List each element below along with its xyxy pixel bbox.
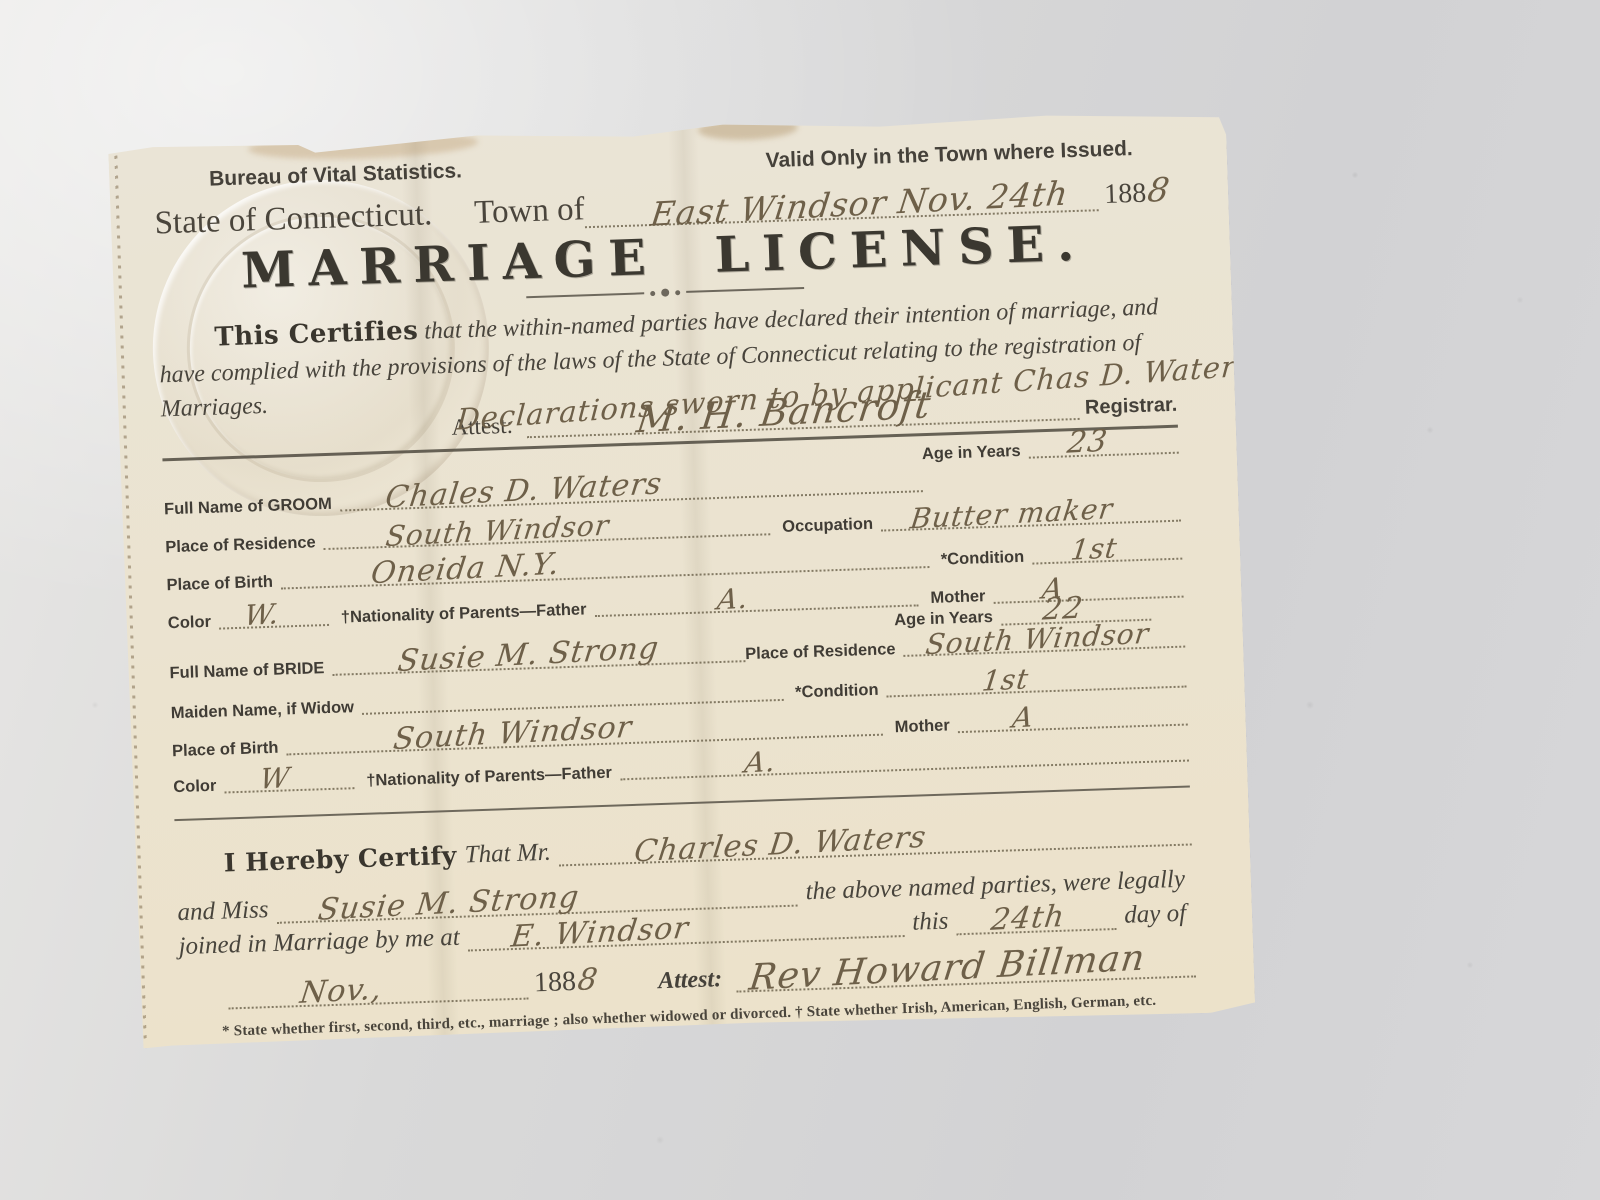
year-printed: 188	[1098, 178, 1149, 212]
bride-residence-cell: Place of Residence South Windsor	[745, 631, 1185, 662]
ornament-dot	[650, 290, 655, 295]
this-certifies-lead: This Certifies	[158, 316, 419, 355]
groom-age-handwriting: 23	[1065, 427, 1109, 459]
certify-place-handwriting: E. Windsor	[509, 914, 690, 953]
bride-maiden-line	[362, 693, 783, 715]
minister-signature-line: Rev Howard Billman	[736, 969, 1196, 992]
section-rule	[174, 786, 1190, 822]
groom-age-label: Age in Years	[922, 442, 1029, 462]
bride-mother-line: A	[958, 718, 1188, 734]
document-content: Bureau of Vital Statistics. Valid Only i…	[109, 134, 1255, 1044]
certify-groom-line: Charles D. Waters	[559, 838, 1192, 867]
groom-condition-line: 1st	[1032, 552, 1182, 565]
certify-day-line: 24th	[957, 922, 1117, 935]
that-mr-label: That Mr.	[456, 839, 559, 870]
bride-condition-handwriting: 1st	[980, 665, 1030, 695]
groom-birth-line: Oneida N.Y.	[281, 560, 929, 589]
groom-nationality-label: †Nationality of Parents—Father	[329, 601, 595, 626]
groom-birth-handwriting: Oneida N.Y.	[369, 550, 561, 590]
bureau-heading: Bureau of Vital Statistics.	[209, 159, 463, 191]
state-label: State of Connecticut.	[154, 196, 433, 242]
certify-groom-handwriting: Charles D. Waters	[633, 823, 929, 868]
bride-name-label: Full Name of BRIDE	[169, 659, 332, 681]
tape-stain	[697, 116, 798, 141]
bride-birth-handwriting: South Windsor	[391, 713, 633, 755]
bride-condition-line: 1st	[886, 680, 1186, 698]
certify-year-printed: 188	[528, 966, 579, 1000]
groom-residence-handwriting: South Windsor	[384, 512, 611, 551]
ornament-dot	[675, 290, 680, 295]
certify-month-handwriting: Nov.,	[298, 975, 384, 1009]
bride-name-line: Susie M. Strong	[332, 654, 745, 676]
groom-color-label: Color	[168, 613, 220, 631]
bride-color-handwriting: W	[259, 764, 292, 794]
bride-mother-handwriting: A	[1011, 703, 1036, 732]
year-handwriting: 8	[1145, 170, 1173, 210]
bride-nationality-label: †Nationality of Parents—Father	[354, 764, 620, 789]
wall-background: Bureau of Vital Statistics. Valid Only i…	[0, 0, 1600, 1200]
marriage-license-document: Bureau of Vital Statistics. Valid Only i…	[108, 108, 1255, 1049]
ornament-dot	[661, 288, 669, 296]
ornament-line	[686, 287, 804, 293]
certify-month-line: Nov.,	[228, 992, 528, 1010]
joined-in-marriage-label: joined in Marriage by me at	[178, 924, 468, 962]
groom-color-handwriting: W.	[243, 600, 281, 630]
groom-mother-label: Mother	[918, 587, 994, 606]
groom-residence-label: Place of Residence	[165, 534, 324, 556]
and-miss-label: and Miss	[177, 896, 277, 927]
groom-color-line: W.	[219, 618, 329, 630]
groom-mother-line: A	[993, 590, 1183, 604]
groom-age-cell: Age in Years 23	[922, 437, 1179, 462]
minister-attest-label: Attest:	[658, 966, 737, 996]
groom-age-line: 23	[1029, 446, 1179, 459]
groom-condition-label: *Condition	[929, 548, 1033, 568]
bride-residence-label: Place of Residence	[745, 640, 904, 662]
certify-day-handwriting: 24th	[990, 902, 1067, 936]
bride-name-handwriting: Susie M. Strong	[396, 634, 661, 677]
minister-signature: Rev Howard Billman	[747, 941, 1147, 997]
hereby-certify-lead: I Hereby Certify	[175, 841, 457, 879]
valid-only-heading: Valid Only in the Town where Issued.	[765, 137, 1133, 173]
bride-residence-handwriting: South Windsor	[924, 620, 1151, 659]
groom-occupation-line: Butter maker	[881, 514, 1181, 532]
groom-name-label: Full Name of GROOM	[164, 495, 340, 517]
registrar-label: Registrar.	[1079, 394, 1178, 420]
certify-year-handwriting: 8	[575, 962, 600, 998]
groom-condition-handwriting: 1st	[1069, 534, 1119, 564]
bride-father-handwriting: A.	[743, 748, 778, 778]
bride-father-line: A.	[620, 754, 1189, 781]
this-label: this	[904, 907, 957, 937]
bride-condition-label: *Condition	[783, 681, 887, 701]
groom-father-handwriting: A.	[716, 585, 751, 615]
groom-name-line: Chales D. Waters	[340, 484, 923, 511]
town-of-label: Town of	[474, 191, 586, 232]
groom-occupation-handwriting: Butter maker	[909, 495, 1115, 533]
bride-maiden-label: Maiden Name, if Widow	[171, 698, 363, 721]
bride-color-line: W	[224, 781, 354, 793]
groom-occupation-label: Occupation	[770, 515, 881, 535]
groom-name-handwriting: Chales D. Waters	[384, 469, 664, 513]
tape-stain	[248, 129, 479, 163]
ornament-line	[526, 292, 644, 298]
day-of-label: day of	[1116, 899, 1195, 930]
bride-birth-label: Place of Birth	[172, 739, 287, 759]
bride-birth-line: South Windsor	[286, 728, 883, 756]
bride-age-residence-cell: Age in Years 22 Place of Residence South…	[744, 603, 1185, 663]
bride-mother-label: Mother	[882, 717, 958, 736]
bride-residence-line: South Windsor	[904, 640, 1186, 657]
certify-place-line: E. Windsor	[468, 929, 905, 951]
bride-color-label: Color	[173, 777, 225, 795]
groom-birth-label: Place of Birth	[166, 573, 281, 593]
